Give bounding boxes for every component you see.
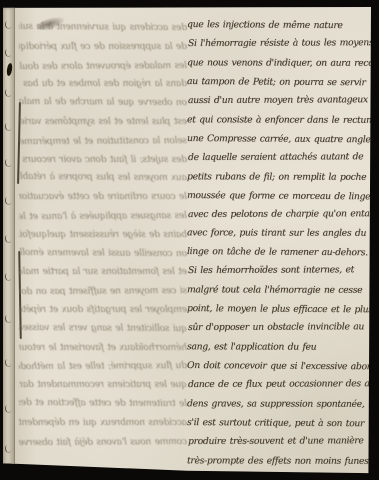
bleedthrough-line: les malades éprouvent alors des douleurs <box>19 57 187 77</box>
gutter-ink-mark <box>4 123 11 132</box>
gutter-ink-mark <box>4 359 11 368</box>
gutter-ink-mark <box>4 89 11 98</box>
handwriting-line: que nous venons d'indiquer, on aura reco… <box>187 54 377 73</box>
gutter-ink-mark <box>4 49 11 58</box>
gutter-ink-mark <box>4 159 11 168</box>
handwriting-line: avec des pelotons de charpie qu'on entas… <box>188 205 377 225</box>
handwriting-line: petits rubans de fil; on remplit la poch… <box>187 168 377 187</box>
bleedthrough-line: et les fomentations sur la partie malade <box>19 263 187 282</box>
handwriting-line: produire très-souvent et d'une manière <box>188 432 377 452</box>
bleedthrough-line: on conseille aussi les lavemens émollien… <box>19 243 187 263</box>
bleedthrough-line: de la suppression de ce flux périodique <box>19 38 187 57</box>
bleedthrough-line: le traitement de cette affection et des <box>19 394 187 414</box>
gutter-ink-mark <box>4 405 11 414</box>
bleedthrough-line: aux moyens les plus propres à rétablir <box>19 168 187 188</box>
gutter-ink-mark <box>4 197 11 206</box>
gutter-ink-mark <box>4 445 11 454</box>
ink-blob-mark <box>6 63 13 77</box>
handwriting-line: dens graves, sa suppression spontanée, <box>187 395 377 414</box>
handwriting-line: Si l'hémorragie résiste à tous les moyen… <box>188 34 377 54</box>
bleedthrough-line: qui sollicitent le sang vers les vaissea… <box>19 319 187 339</box>
handwriting-line: malgré tout cela l'hémorragie ne cesse <box>187 282 377 301</box>
handwriting-line: et qui consiste à enfoncer dans le rectu… <box>187 111 377 130</box>
bleedthrough-line: des sujets; il faut donc avoir recours <box>19 151 187 170</box>
bleedthrough-line: des accidens qui surviennent à la suite <box>19 19 187 38</box>
bleedthrough-line: que les praticiens recommandent dans <box>19 376 187 395</box>
manuscript-page: des accidens qui surviennent à la suited… <box>3 7 371 474</box>
handwriting-line: au tampon de Petit; on pourra se servir <box>187 73 377 93</box>
manuscript-scan: des accidens qui surviennent à la suited… <box>0 0 379 480</box>
handwriting-line: moussée que forme ce morceau de linge <box>187 187 377 207</box>
handwriting-line: sang, est l'application du feu <box>187 339 377 358</box>
bleedthrough-line: si ces moyens ne suffisent pas on doit <box>19 282 187 302</box>
gutter-ink-mark <box>4 235 11 244</box>
bleedthrough-line: les sangsues appliquées à l'anus et les <box>19 207 187 227</box>
gutter-ink-mark <box>4 273 11 282</box>
handwritten-text-block: que les injections de même natureSi l'hé… <box>187 16 377 478</box>
handwriting-line: de laquelle seraient attachés autant de <box>188 148 377 168</box>
bleedthrough-line: bains de siège réussissent quelquefois <box>19 226 187 245</box>
handwriting-line: avec force, puis tirant sur les angles d… <box>187 225 377 244</box>
bleedthrough-line: est plus lente et les symptômes varient <box>19 113 187 132</box>
handwriting-line: que les injections de même nature <box>187 16 377 36</box>
bleedthrough-line: du flux supprimé; telle est la méthode <box>19 357 187 377</box>
bleedthrough-line: on observe que la marche de la maladie <box>19 93 187 113</box>
binding-gutter-strip <box>3 7 15 474</box>
bleedthrough-line: employer les purgatifs doux et répétés <box>19 301 187 320</box>
bleedthrough-line: comme nous l'avons déjà fait observer <box>19 433 187 453</box>
gutter-ink-mark <box>4 315 11 324</box>
handwriting-line: sûr d'opposer un obstacle invincible au <box>188 318 377 338</box>
verso-bleedthrough-text: des accidens qui surviennent à la suited… <box>19 19 187 471</box>
bleedthrough-line: le cours ordinaire de cette évacuation <box>19 188 187 207</box>
bleedthrough-line: dans la région des lombes et du bas vent… <box>19 75 187 94</box>
bleedthrough-line: accidens nombreux qui en dépendent <box>19 414 187 433</box>
handwriting-line: une Compresse carrée, aux quatre angles <box>187 130 377 150</box>
bleedthrough-line: hémorrhoïdaux et favorisent le retour <box>19 339 187 358</box>
gutter-ink-mark <box>4 21 11 30</box>
handwriting-line: aussi d'un autre moyen très avantageux <box>188 91 377 111</box>
handwriting-line: Si les hémorrhoïdes sont internes, et <box>188 262 377 282</box>
handwriting-line: s'il est surtout critique, peut à son to… <box>187 414 377 434</box>
handwriting-line: très-prompte des effets non moins funest… <box>187 452 377 471</box>
handwriting-line: dance de ce flux peut occasionner des ac… <box>188 375 377 395</box>
bleedthrough-line: selon la constitution et le tempérament <box>19 132 187 152</box>
